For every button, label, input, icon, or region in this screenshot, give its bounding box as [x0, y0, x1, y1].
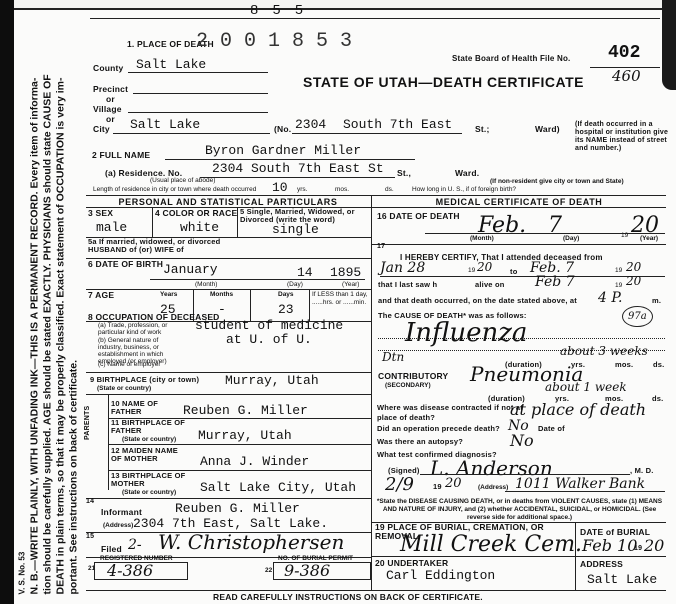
personal-section-header: PERSONAL AND STATISTICAL PARTICULARS [86, 197, 370, 207]
ds-label: ds. [385, 186, 394, 193]
years-label: Years [160, 291, 177, 298]
filed-label: Filed [101, 544, 122, 554]
age-days: 23 [278, 302, 294, 317]
contracted-label: Where was disease contracted if not at p… [377, 403, 527, 423]
burial-year: 20 [644, 536, 664, 555]
street-number: 2304 [295, 117, 326, 132]
street-name: South 7th East [343, 117, 452, 132]
scan-edge-right [662, 0, 676, 90]
top-number: 855 [250, 3, 317, 19]
burial-address: Salt Lake [587, 572, 657, 587]
birthplace-label: 9 BIRTHPLACE (city or town) [90, 375, 199, 384]
day-caption: (Day) [563, 235, 579, 242]
dob-label: 6 DATE OF BIRTH [88, 259, 163, 269]
attended-from-year: 20 [477, 260, 492, 274]
instruction-line: N. B.—WRITE PLAINLY, WITH UNFADING INK—T… [29, 20, 42, 595]
occupation-c-label: (c) Name of employer [98, 361, 161, 368]
informant-address-label: (Address) [103, 522, 133, 529]
mother-label: 12 MAIDEN NAME OF MOTHER [111, 447, 191, 463]
occupation-a-label: (a) Trade, profession, or particular kin… [98, 322, 178, 336]
contributory-label: CONTRIBUTORY [378, 371, 448, 381]
year-caption: (Year) [640, 235, 658, 242]
sign-year: 20 [445, 476, 462, 491]
underline [128, 72, 268, 73]
instruction-line: DEATH in plain terms, so that it may be … [55, 20, 68, 595]
cell-divider [108, 394, 109, 490]
less-than-day-label: If LESS than 1 day, ......hrs. or ......… [312, 291, 368, 307]
dob-day: 14 [297, 265, 313, 280]
mother-birthplace-sub: (State or country) [122, 489, 176, 496]
burial-permit-number: 9-386 [284, 561, 330, 580]
contracted-value: at place of death [510, 400, 646, 419]
spouse-label: 5a If married, widowed, or divorced HUSB… [88, 238, 238, 254]
operation-label: Did an operation precede death? [377, 424, 500, 433]
father-value: Reuben G. Miller [183, 403, 308, 418]
dob-year: 1895 [330, 265, 361, 280]
father-birthplace-label: 11 BIRTHPLACE OF FATHER [111, 419, 191, 435]
duration-abbr: Dtn [382, 350, 404, 364]
divider [86, 498, 371, 499]
column-divider [371, 195, 372, 590]
stamp-number: 2001853 [196, 30, 364, 53]
hospital-note: (If death occurred in a hospital or inst… [575, 121, 670, 153]
st-label: St.; [475, 124, 490, 134]
address-label: (Address) [478, 484, 508, 491]
cause-value: Influenza [405, 318, 527, 348]
m-label: m. [652, 296, 661, 305]
date-of-death-label: 16 DATE OF DEATH [377, 211, 460, 221]
underline [133, 93, 268, 94]
usual-place-caption: (Usual place of abode) [150, 177, 215, 184]
top-strip [14, 0, 676, 10]
undertaker-value: Carl Eddington [386, 568, 495, 583]
form-code: V. S. No. 53 [16, 20, 29, 595]
md-label: , M. D. [630, 466, 653, 475]
underline [165, 159, 415, 160]
burial-date: Feb 10 [582, 536, 637, 555]
father-birthplace-sub: (State or country) [122, 436, 176, 443]
underline [420, 474, 630, 475]
contributory-duration: about 1 week [545, 380, 627, 394]
scan-edge [0, 0, 14, 604]
last-saw-year: 20 [626, 274, 641, 288]
length-label: Length of residence in city or town wher… [93, 186, 256, 193]
informant-num: 14 [86, 498, 94, 505]
father-label: 10 NAME OF FATHER [111, 400, 171, 416]
ward-label: Ward. [455, 168, 479, 178]
months-label: Months [210, 291, 233, 298]
residence-value: 2304 South 7th East St [212, 161, 384, 176]
cell-divider [237, 207, 238, 237]
ds-label: ds. [652, 394, 663, 403]
divider [86, 394, 371, 395]
mother-birthplace-value: Salt Lake City, Utah [200, 480, 356, 495]
underline [505, 491, 665, 492]
cause-code: 97a [622, 306, 653, 327]
county-label: County [93, 63, 123, 73]
file-no-label: State Board of Health File No. [452, 54, 570, 63]
nonresident-note: (If non-resident give city or town and S… [490, 178, 624, 185]
underline [380, 276, 665, 277]
year-prefix: 19 [468, 267, 475, 274]
burial-permit-box: 9-386 [273, 562, 371, 580]
cell-divider [309, 289, 310, 321]
days-label: Days [278, 291, 294, 298]
divider [372, 244, 666, 245]
no-label: (No. [274, 124, 291, 134]
ward-label: Ward) [535, 124, 560, 134]
month-caption: (Month) [195, 281, 217, 288]
death-time: 4 P. [598, 290, 622, 306]
footnote: *State the DISEASE CAUSING DEATH, or in … [372, 498, 667, 522]
birthplace-sub: (State or country) [97, 385, 151, 392]
divider [86, 195, 666, 196]
registrar-signature: W. Christophersen [158, 530, 344, 554]
marital-value: single [272, 222, 319, 237]
sign-date: 2/9 [385, 474, 414, 495]
autopsy-value: No [510, 431, 534, 450]
undertaker-label: 20 UNDERTAKER [375, 558, 448, 568]
sidebar-instructions: V. S. No. 53 N. B.—WRITE PLAINLY, WITH U… [18, 20, 78, 595]
death-time-label: and that death occurred, on the date sta… [378, 296, 577, 305]
year-prefix: 19 [433, 482, 442, 491]
or-label: or [106, 94, 115, 104]
file-no: 402 [608, 43, 640, 63]
divider [86, 590, 666, 591]
full-name-label: 2 FULL NAME [92, 150, 150, 160]
burial-permit-num-label: 22 [265, 567, 272, 574]
village-label: Village [93, 104, 122, 114]
month-caption: (Month) [470, 235, 494, 242]
secondary-label: (SECONDARY) [385, 382, 431, 389]
underline [292, 133, 462, 134]
occupation-b-value: at U. of U. [226, 332, 312, 347]
color-value: white [180, 220, 219, 235]
burial-address-label: ADDRESS [580, 559, 623, 569]
county-value: Salt Lake [136, 57, 206, 72]
mother-birthplace-label: 13 BIRTHPLACE OF MOTHER [111, 472, 191, 488]
attended-to-year: 20 [626, 260, 641, 274]
death-certificate: V. S. No. 53 N. B.—WRITE PLAINLY, WITH U… [0, 0, 676, 604]
parents-label: PARENTS [84, 406, 91, 440]
sex-value: male [96, 220, 127, 235]
registered-number-box: 4-386 [94, 562, 188, 580]
precinct-label: Precinct [93, 84, 128, 94]
burial-place: Mill Creek Cem. [400, 532, 582, 557]
full-name-value: Byron Gardner Miller [205, 143, 361, 158]
cell-divider [250, 289, 251, 321]
last-saw-date: Feb 7 [535, 274, 575, 290]
file-no-handwritten: 460 [612, 67, 641, 85]
cell-divider [152, 207, 153, 237]
occupation-a-value: student of medicine [195, 318, 343, 333]
underline [378, 338, 665, 339]
underline [150, 279, 365, 280]
year-prefix: 19 [634, 545, 642, 552]
city-value: Salt Lake [130, 117, 200, 132]
year-prefix: 19 [615, 267, 622, 274]
age-label: 7 AGE [88, 290, 114, 300]
mos-label: mos. [615, 360, 633, 369]
dob-month: January [163, 262, 218, 277]
city-label: City [93, 124, 110, 134]
underline [113, 133, 270, 134]
father-birthplace-value: Murray, Utah [198, 428, 292, 443]
underline [128, 112, 268, 113]
divider [86, 289, 371, 290]
divider [90, 18, 660, 19]
informant-address: 2304 7th East, Salt Lake. [133, 516, 328, 531]
last-saw-label: that I last saw h [378, 280, 437, 289]
divider [108, 444, 371, 445]
color-label: 4 COLOR OR RACE [155, 208, 237, 218]
physician-address: 1011 Walker Bank [515, 476, 645, 492]
birthplace-value: Murray, Utah [225, 373, 319, 388]
date-of-label: Date of [538, 424, 565, 433]
underline [200, 177, 395, 178]
dod-day: 7 [548, 213, 562, 238]
alive-on-label: alive on [475, 280, 505, 289]
or-label: or [106, 114, 115, 124]
duration-value: about 3 weeks [560, 344, 648, 358]
instruction-line: tion should be carefully supplied. AGE s… [42, 20, 55, 595]
length-years: 10 [272, 180, 288, 195]
year-caption: (Year) [342, 281, 359, 288]
sex-label: 3 SEX [88, 208, 113, 218]
day-caption: (Day) [287, 281, 303, 288]
autopsy-label: Was there an autopsy? [377, 437, 463, 446]
cert-num: 17 [377, 243, 385, 250]
attended-from: Jan 28 [380, 260, 425, 276]
mos-label: mos. [335, 186, 349, 193]
divider [372, 556, 666, 557]
year-prefix: 19 [615, 282, 622, 289]
to-label: to [510, 267, 517, 276]
instruction-line: portant. See instructions on back of cer… [68, 20, 81, 595]
yrs-label: yrs. [297, 186, 307, 193]
medical-section-header: MEDICAL CERTIFICATE OF DEATH [372, 197, 666, 207]
document-title: STATE OF UTAH—DEATH CERTIFICATE [303, 74, 584, 90]
informant-value: Reuben G. Miller [175, 501, 300, 516]
mother-value: Anna J. Winder [200, 454, 309, 469]
us-label: How long in U. S., if of foreign birth? [412, 186, 516, 193]
ds-label: ds. [653, 360, 664, 369]
filed-date: 2- [128, 537, 142, 553]
underline [425, 233, 665, 234]
filed-num: 15 [86, 533, 94, 540]
st-label: St., [397, 168, 411, 178]
registered-number: 4-386 [107, 561, 153, 580]
footer-instructions: READ CAREFULLY INSTRUCTIONS ON BACK OF C… [213, 592, 483, 602]
